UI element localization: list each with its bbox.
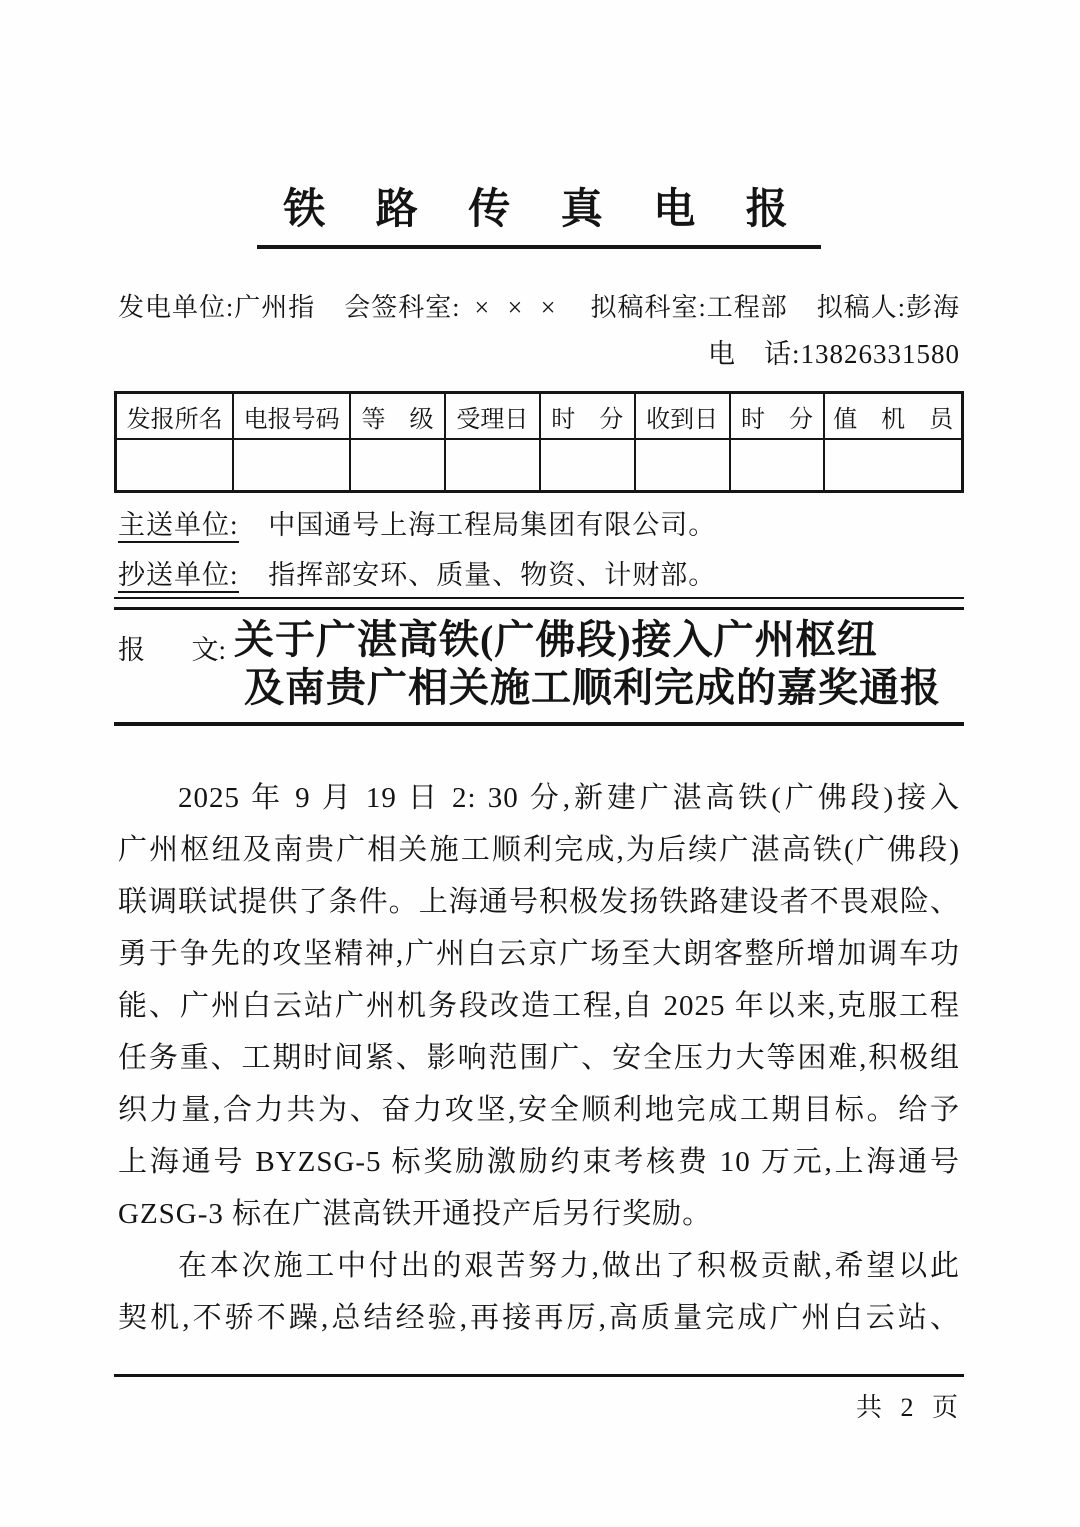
body-line: 勇于争先的攻坚精神,广州白云京广场至大朗客整所增加调车功 xyxy=(118,928,960,980)
phone-label: 电 话: xyxy=(708,339,801,369)
body-line: 2025 年 9 月 19 日 2: 30 分,新建广湛高铁(广佛段)接入 xyxy=(118,772,960,824)
col-header-receive-time: 时 分 xyxy=(730,393,825,440)
drafting-dept-field: 拟稿科室:工程部 xyxy=(590,287,787,324)
message-title: 关于广湛高铁(广佛段)接入广州枢纽 及南贵广相关施工顺利完成的嘉奖通报 xyxy=(226,616,960,712)
col-header-receive-date: 收到日 xyxy=(635,393,730,440)
sending-unit-field: 发电单位:广州指 xyxy=(118,287,315,324)
table-empty-cell xyxy=(233,439,350,492)
countersign-label: 会签科室: xyxy=(344,293,460,322)
table-blank-row xyxy=(116,439,963,492)
drafter-value: 彭海 xyxy=(906,293,960,322)
table-empty-cell xyxy=(635,439,730,492)
recipients-section: 主送单位: 中国通号上海工程局集团有限公司。 抄送单位: 指挥部安环、质量、物资… xyxy=(118,507,960,593)
header-info-row: 发电单位:广州指 会签科室:× × × 拟稿科室:工程部 拟稿人:彭海 xyxy=(118,287,960,324)
main-recipient-label: 主送单位: xyxy=(118,510,239,543)
countersign-value: × × × xyxy=(474,293,561,322)
separator-double-rule xyxy=(114,597,964,610)
footer-rule xyxy=(114,1374,964,1377)
cc-recipient-label: 抄送单位: xyxy=(118,560,239,593)
body-line: 广州枢纽及南贵广相关施工顺利完成,为后续广湛高铁(广佛段) xyxy=(118,824,960,876)
cc-recipient-value: 指挥部安环、质量、物资、计财部。 xyxy=(268,560,716,590)
table-empty-cell xyxy=(730,439,825,492)
main-recipient-value: 中国通号上海工程局集团有限公司。 xyxy=(268,510,716,540)
phone-value: 13826331580 xyxy=(801,339,961,369)
drafting-dept-value: 工程部 xyxy=(707,293,788,322)
document-title-wrap: 铁 路 传 真 电 报 xyxy=(118,176,960,249)
col-header-operator: 值 机 员 xyxy=(824,393,962,440)
table-empty-cell xyxy=(445,439,540,492)
body-line: 在本次施工中付出的艰苦努力,做出了积极贡献,希望以此 xyxy=(118,1240,960,1292)
message-title-line-2: 及南贵广相关施工顺利完成的嘉奖通报 xyxy=(234,664,960,712)
body-line: GZSG-3 标在广湛高铁开通投产后另行奖励。 xyxy=(118,1188,960,1240)
table-empty-cell xyxy=(540,439,635,492)
drafting-dept-label: 拟稿科室: xyxy=(590,293,706,322)
table-empty-cell xyxy=(350,439,445,492)
body-line: 织力量,合力共为、奋力攻坚,安全顺利地完成工期目标。给予 xyxy=(118,1084,960,1136)
col-header-accept-time: 时 分 xyxy=(540,393,635,440)
message-body: 2025 年 9 月 19 日 2: 30 分,新建广湛高铁(广佛段)接入 广州… xyxy=(118,772,960,1344)
message-title-line-1: 关于广湛高铁(广佛段)接入广州枢纽 xyxy=(234,616,960,664)
sending-unit-label: 发电单位: xyxy=(118,293,234,322)
col-header-accept-date: 受理日 xyxy=(445,393,540,440)
cc-recipient-row: 抄送单位: 指挥部安环、质量、物资、计财部。 xyxy=(118,557,960,593)
table-header-row: 发报所名 电报号码 等 级 受理日 时 分 收到日 时 分 值 机 员 xyxy=(116,393,963,440)
countersign-field: 会签科室:× × × xyxy=(344,287,561,324)
drafter-field: 拟稿人:彭海 xyxy=(817,287,960,324)
body-line: 能、广州白云站广州机务段改造工程,自 2025 年以来,克服工程 xyxy=(118,980,960,1032)
separator-thick-rule xyxy=(114,722,964,726)
page-count: 共 2 页 xyxy=(118,1387,960,1424)
message-label: 报 文: xyxy=(118,616,226,667)
drafter-label: 拟稿人: xyxy=(817,293,906,322)
main-recipient-row: 主送单位: 中国通号上海工程局集团有限公司。 xyxy=(118,507,960,543)
table-empty-cell xyxy=(824,439,962,492)
col-header-grade: 等 级 xyxy=(350,393,445,440)
col-header-telegram-number: 电报号码 xyxy=(233,393,350,440)
body-line: 联调联试提供了条件。上海通号积极发扬铁路建设者不畏艰险、 xyxy=(118,876,960,928)
body-line: 契机,不骄不躁,总结经验,再接再厉,高质量完成广州白云站、 xyxy=(118,1292,960,1344)
message-label-char: 报 xyxy=(118,628,145,667)
document-title: 铁 路 传 真 电 报 xyxy=(257,176,821,249)
col-header-sending-office: 发报所名 xyxy=(116,393,234,440)
telegram-register-table: 发报所名 电报号码 等 级 受理日 时 分 收到日 时 分 值 机 员 xyxy=(114,391,964,493)
table-empty-cell xyxy=(116,439,234,492)
body-line: 任务重、工期时间紧、影响范围广、安全压力大等困难,积极组 xyxy=(118,1032,960,1084)
fax-telegram-page: 铁 路 传 真 电 报 发电单位:广州指 会签科室:× × × 拟稿科室:工程部… xyxy=(0,0,1080,1527)
message-label-char: 文: xyxy=(191,628,226,667)
body-line: 上海通号 BYZSG-5 标奖励激励约束考核费 10 万元,上海通号 xyxy=(118,1136,960,1188)
message-title-block: 报 文: 关于广湛高铁(广佛段)接入广州枢纽 及南贵广相关施工顺利完成的嘉奖通报 xyxy=(118,610,960,722)
sending-unit-value: 广州指 xyxy=(234,293,315,322)
phone-row: 电 话:13826331580 xyxy=(118,332,960,371)
